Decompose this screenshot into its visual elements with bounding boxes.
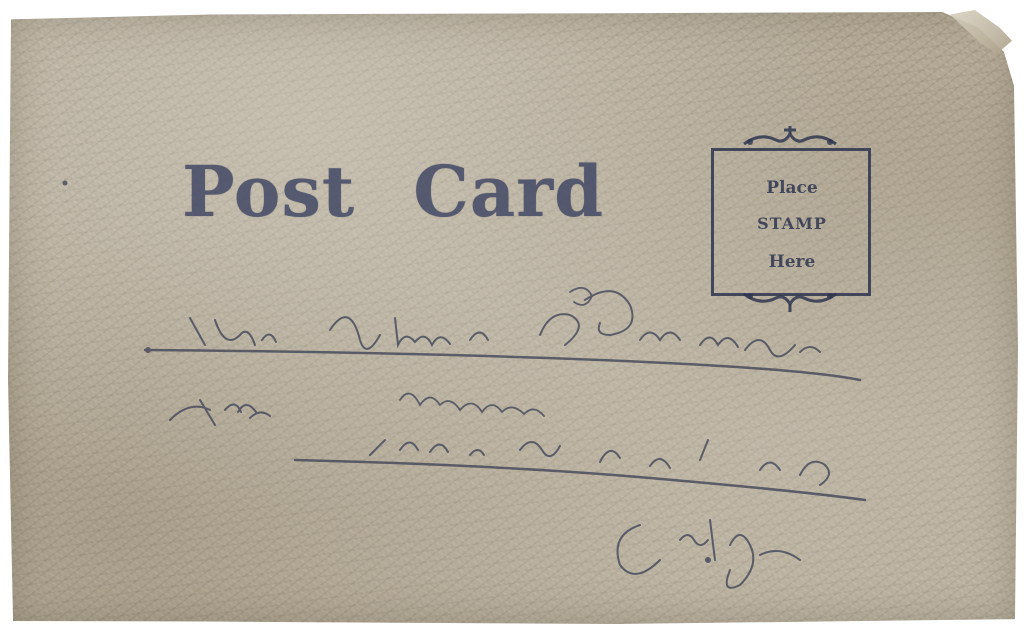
postcard-title: PostCard bbox=[182, 150, 604, 233]
stamp-text-here: Here bbox=[714, 252, 870, 272]
stamp-ornament-top-icon bbox=[740, 124, 840, 148]
title-word-card: Card bbox=[413, 150, 604, 233]
title-word-post: Post bbox=[182, 150, 355, 233]
scanned-postcard-scene: PostCard Place STAMP Here bbox=[0, 0, 1024, 632]
stamp-ornament-bottom-icon bbox=[740, 290, 840, 314]
postcard-back bbox=[8, 12, 1018, 624]
stamp-text-stamp: STAMP bbox=[714, 214, 870, 233]
stamp-text-place: Place bbox=[714, 178, 870, 198]
